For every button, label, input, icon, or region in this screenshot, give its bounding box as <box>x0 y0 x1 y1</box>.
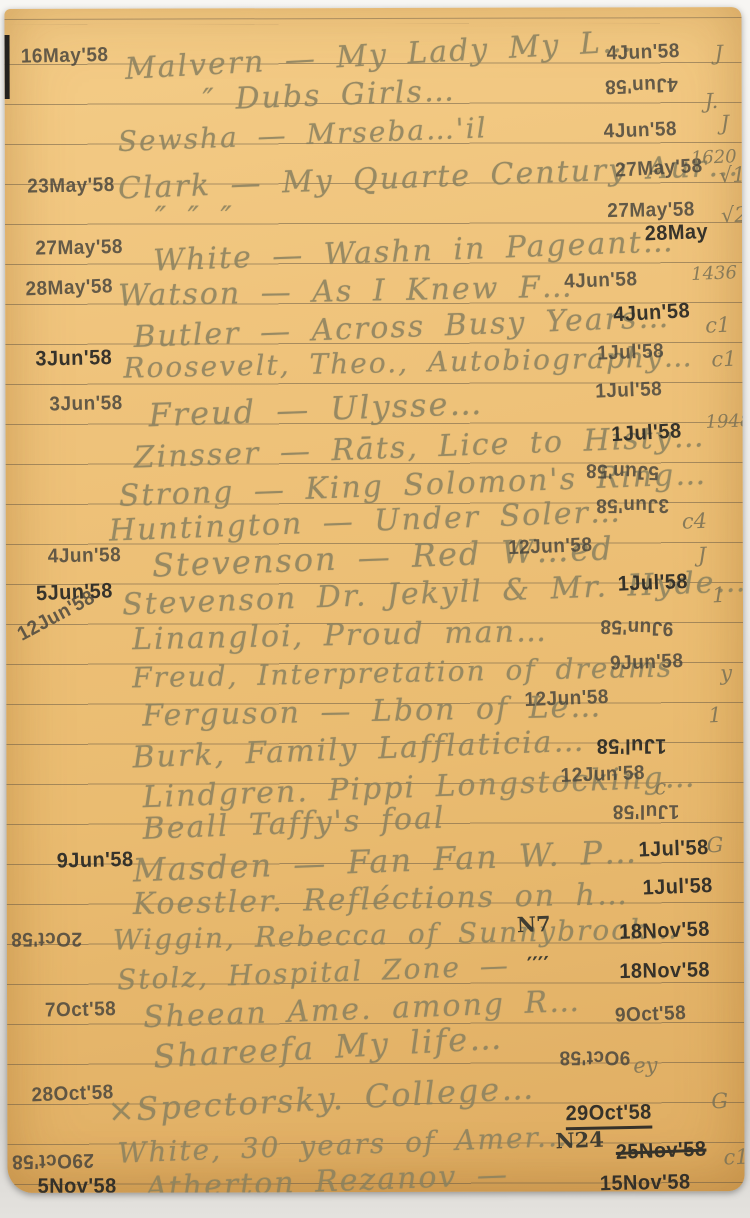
date-stamp: 4Jun'58 <box>603 118 677 144</box>
pencil-note: J. <box>704 89 718 113</box>
date-stamp: 1Jul'58 <box>597 340 665 365</box>
date-stamp: 29Oct'58 <box>11 1148 94 1173</box>
date-stamp: 2Oct'58 <box>11 927 82 950</box>
date-stamp: 27May'58 <box>607 198 695 223</box>
date-stamp: 5Nov'58 <box>38 1175 117 1193</box>
pencil-note: N7 <box>516 911 551 937</box>
pencil-note: c4 <box>681 509 707 534</box>
date-stamp: 3Jun'58 <box>596 493 669 516</box>
date-stamp: 1Jul'58 <box>642 874 713 901</box>
pencil-note: 1 <box>712 583 726 607</box>
date-stamp: 3Jun'58 <box>35 346 112 372</box>
pencil-note: ey <box>633 1053 658 1078</box>
date-stamp: 3Jun'58 <box>49 392 123 416</box>
pencil-note: 1948 <box>705 410 744 433</box>
scan-edge-nick <box>5 35 10 99</box>
pencil-note: N24 <box>555 1127 604 1154</box>
pencil-note: J <box>697 543 706 567</box>
pencil-note: 1 <box>708 703 722 727</box>
date-stamp: 29Oct'58 <box>565 1101 652 1131</box>
date-stamp: 4Jun'58 <box>48 544 122 568</box>
pencil-note: 1436 <box>691 262 738 285</box>
pencil-note: y <box>720 661 733 685</box>
date-stamp: 12Jun'58 <box>524 686 609 712</box>
date-stamp: 9Jun'58 <box>610 650 684 676</box>
date-stamp: 18Nov'58 <box>619 958 710 984</box>
date-stamp: 1Jul'58 <box>617 570 688 597</box>
entry-title: ″ ″ ″ <box>155 200 234 235</box>
pencil-note: √1 <box>718 163 744 188</box>
date-stamp: 1Jul'58 <box>612 799 679 822</box>
date-stamp: 9Oct'58 <box>559 1045 630 1068</box>
pencil-note: G <box>706 833 724 858</box>
date-stamp: 1Jul'58 <box>596 733 666 757</box>
date-stamp: 1Jul'58 <box>595 378 663 403</box>
date-stamp: 4Jun'58 <box>613 299 691 327</box>
date-stamp: 1Jul'58 <box>611 419 682 447</box>
date-stamp: 9Jun'58 <box>56 848 133 874</box>
scan-background: 16May'58Malvern — My Lady My L…4Jun'58J″… <box>0 0 750 1218</box>
pencil-note: J <box>714 41 723 65</box>
date-stamp: 18Nov'58 <box>619 918 710 945</box>
date-stamp: 27May'58 <box>35 236 123 261</box>
pencil-note: c1 <box>705 313 731 338</box>
date-stamp: 12Jun'58 <box>508 534 593 560</box>
date-stamp: 5Jun'58 <box>585 458 659 483</box>
pencil-note: ′′′′ <box>526 951 549 977</box>
date-stamp: 7Oct'58 <box>45 998 117 1022</box>
date-stamp: 28May'58 <box>25 275 113 301</box>
pencil-note: c1 <box>723 1145 745 1170</box>
date-stamp: 4Jun'58 <box>564 268 638 294</box>
library-card: 16May'58Malvern — My Lady My L…4Jun'58J″… <box>4 7 744 1193</box>
date-stamp: 16May'58 <box>21 44 109 69</box>
pencil-note: √2 <box>721 203 745 228</box>
date-stamp: 4Jun'58 <box>606 40 680 66</box>
pencil-note: c <box>654 775 667 799</box>
date-stamp: 1Jul'58 <box>638 836 709 863</box>
card-top-crease <box>4 17 741 20</box>
pencil-note: c1 <box>711 347 737 372</box>
date-stamp: 12Jun'58 <box>560 762 645 788</box>
date-stamp: 4Jun'58 <box>604 72 678 98</box>
date-stamp: 9Oct'58 <box>615 1002 687 1028</box>
pencil-note: J <box>720 111 729 135</box>
date-stamp: 15Nov'58 <box>600 1170 691 1193</box>
date-stamp: 25Nov'58 <box>615 1138 706 1165</box>
date-stamp: 23May'58 <box>27 174 115 199</box>
date-stamp: 9Jun'58 <box>600 614 674 639</box>
pencil-note: G <box>711 1089 729 1114</box>
date-stamp: 28Oct'58 <box>31 1081 114 1107</box>
